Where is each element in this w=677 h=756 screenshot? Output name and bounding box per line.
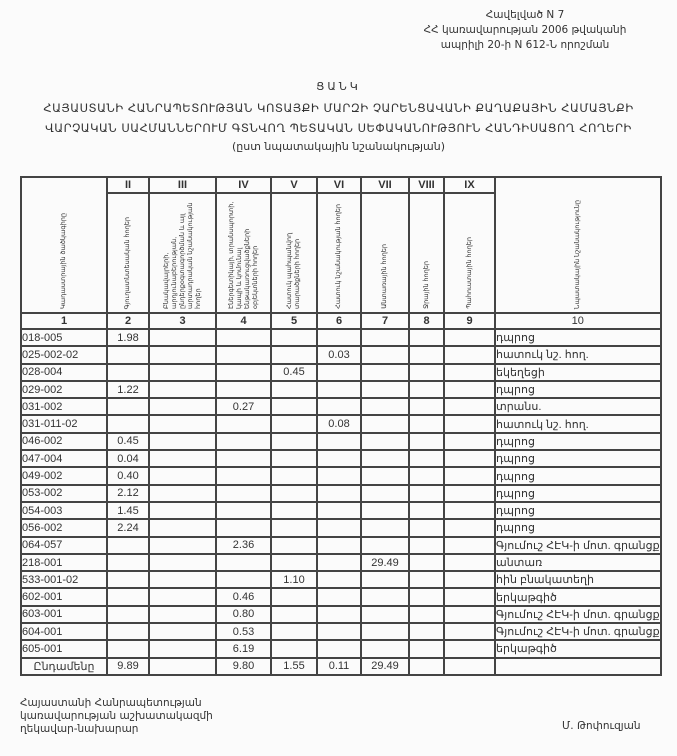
- area-cell-c7: 29.49: [361, 554, 409, 571]
- area-cell-c2: 2.12: [107, 485, 149, 502]
- signatory-title: Հայաստանի Հանրապետության կառավարության ա…: [20, 697, 213, 736]
- purpose-cell: դպրոց: [495, 329, 661, 346]
- area-cell-c2: [107, 415, 149, 432]
- area-cell-c9: [444, 485, 495, 502]
- area-cell-c8: [409, 502, 444, 519]
- table-row: 056-0022.24դպրոց: [21, 519, 661, 536]
- table-row: 605-0016.19երկաթգիծ: [21, 640, 661, 657]
- table-row: 604-0010.53Գյումուշ ՀԷԿ-ի մոտ. գրանցք: [21, 623, 661, 640]
- area-cell-c9: [444, 433, 495, 450]
- column-number: 1: [21, 313, 107, 329]
- area-cell-c5: [271, 467, 317, 484]
- area-cell-c4: [216, 329, 271, 346]
- area-cell-c6: [317, 588, 361, 605]
- area-cell-c5: [271, 485, 317, 502]
- area-cell-c7: [361, 398, 409, 415]
- area-cell-c4: [216, 364, 271, 381]
- table-row: 049-0020.40դպրոց: [21, 467, 661, 484]
- signatory-title-line-1: Հայաստանի Հանրապետության: [20, 697, 213, 710]
- area-cell-c5: [271, 433, 317, 450]
- area-cell-c7: [361, 346, 409, 363]
- area-cell-c5: [271, 502, 317, 519]
- area-cell-c3: [149, 588, 216, 605]
- cadastral-code-cell: 047-004: [21, 450, 107, 467]
- area-cell-c2: [107, 623, 149, 640]
- area-cell-c3: [149, 415, 216, 432]
- table-row: 031-011-020.08հատուկ նշ. հող.: [21, 415, 661, 432]
- area-cell-c9: [444, 623, 495, 640]
- area-cell-c4: [216, 467, 271, 484]
- area-cell-c4: [216, 346, 271, 363]
- header-forest: Անտառային հողեր: [361, 193, 409, 313]
- area-cell-c7: [361, 381, 409, 398]
- area-cell-c3: [149, 571, 216, 588]
- area-cell-c3: [149, 537, 216, 554]
- area-cell-c6: [317, 537, 361, 554]
- cadastral-code-cell: 025-002-02: [21, 346, 107, 363]
- area-cell-c6: [317, 606, 361, 623]
- area-cell-c8: [409, 450, 444, 467]
- area-cell-c2: [107, 640, 149, 657]
- area-cell-c8: [409, 485, 444, 502]
- signatory-title-line-3: ղեկավար-նախարար: [20, 723, 213, 736]
- area-cell-c2: 2.24: [107, 519, 149, 536]
- area-cell-c3: [149, 554, 216, 571]
- area-cell-c9: [444, 467, 495, 484]
- total-cell-c6: 0.11: [317, 658, 361, 675]
- total-cell-c2: 9.89: [107, 658, 149, 675]
- column-number-row: 1 2 3 4 5 6 7 8 9 10: [21, 313, 661, 329]
- area-cell-c8: [409, 346, 444, 363]
- area-cell-c5: [271, 588, 317, 605]
- area-cell-c8: [409, 537, 444, 554]
- area-cell-c6: [317, 329, 361, 346]
- annex-reference: Հավելված N 7 ՀՀ կառավարության 2006 թվակա…: [400, 8, 650, 53]
- area-cell-c7: [361, 450, 409, 467]
- total-cell-c8: [409, 658, 444, 675]
- header-reserve: Պահուստային հողեր: [444, 193, 495, 313]
- column-number: 6: [317, 313, 361, 329]
- area-cell-c2: [107, 537, 149, 554]
- area-cell-c4: [216, 450, 271, 467]
- area-cell-c6: [317, 502, 361, 519]
- area-cell-c4: [216, 415, 271, 432]
- area-cell-c8: [409, 571, 444, 588]
- header-energy-transport: Էներգետիկայի, տրանսպորտի, կապի և կոմունա…: [216, 193, 271, 313]
- area-cell-c6: [317, 433, 361, 450]
- area-cell-c4: 6.19: [216, 640, 271, 657]
- purpose-cell: դպրոց: [495, 485, 661, 502]
- area-cell-c7: [361, 606, 409, 623]
- purpose-cell: հին բնակատեղի: [495, 571, 661, 588]
- area-cell-c8: [409, 433, 444, 450]
- header-purpose: Նպատակային նշանակությունը: [495, 177, 661, 313]
- area-cell-c9: [444, 381, 495, 398]
- table-row: 053-0022.12դպրոց: [21, 485, 661, 502]
- header-protected-areas: Հատուկ պահպանվող տարածքների հողեր: [271, 193, 317, 313]
- area-cell-c2: [107, 346, 149, 363]
- purpose-cell: դպրոց: [495, 450, 661, 467]
- area-cell-c5: [271, 415, 317, 432]
- area-cell-c5: [271, 329, 317, 346]
- purpose-cell: երկաթգիծ: [495, 640, 661, 657]
- area-cell-c9: [444, 554, 495, 571]
- roman-ix: IX: [444, 177, 495, 193]
- area-cell-c2: [107, 554, 149, 571]
- cadastral-code-cell: 604-001: [21, 623, 107, 640]
- annex-number: Հավելված N 7: [400, 8, 650, 23]
- area-cell-c4: [216, 519, 271, 536]
- area-cell-c5: 0.45: [271, 364, 317, 381]
- total-cell-c5: 1.55: [271, 658, 317, 675]
- cadastral-code-cell: 056-002: [21, 519, 107, 536]
- table-row: 031-0020.27տրանս.: [21, 398, 661, 415]
- land-table: Կադաստրային ծածկագիրը II III IV V VI VII…: [20, 176, 662, 676]
- area-cell-c5: [271, 623, 317, 640]
- area-cell-c9: [444, 537, 495, 554]
- area-cell-c2: 1.45: [107, 502, 149, 519]
- header-agricultural: Գյուղատնտեսական հողեր: [107, 193, 149, 313]
- table-row: 218-00129.49անտառ: [21, 554, 661, 571]
- table-row: 064-0572.36Գյումուշ ՀԷԿ-ի մոտ. գրանցք: [21, 537, 661, 554]
- area-cell-c6: [317, 640, 361, 657]
- area-cell-c3: [149, 364, 216, 381]
- table-row: 046-0020.45դպրոց: [21, 433, 661, 450]
- area-cell-c8: [409, 415, 444, 432]
- table-row: 018-0051.98դպրոց: [21, 329, 661, 346]
- document-heading: ՑԱՆԿ: [0, 80, 677, 93]
- cadastral-code-cell: 053-002: [21, 485, 107, 502]
- area-cell-c2: [107, 364, 149, 381]
- purpose-cell: երկաթգիծ: [495, 588, 661, 605]
- area-cell-c2: [107, 606, 149, 623]
- area-cell-c3: [149, 519, 216, 536]
- area-cell-c3: [149, 329, 216, 346]
- area-cell-c9: [444, 502, 495, 519]
- area-cell-c3: [149, 346, 216, 363]
- area-cell-c7: [361, 502, 409, 519]
- cadastral-code-cell: 218-001: [21, 554, 107, 571]
- area-cell-c4: 2.36: [216, 537, 271, 554]
- area-cell-c3: [149, 433, 216, 450]
- area-cell-c2: 1.98: [107, 329, 149, 346]
- cadastral-code-cell: 605-001: [21, 640, 107, 657]
- area-cell-c9: [444, 606, 495, 623]
- column-number: 7: [361, 313, 409, 329]
- area-cell-c9: [444, 450, 495, 467]
- purpose-cell: Գյումուշ ՀԷԿ-ի մոտ. գրանցք: [495, 537, 661, 554]
- total-label: Ընդամենը: [21, 658, 107, 675]
- area-cell-c8: [409, 467, 444, 484]
- total-cell-c4: 9.80: [216, 658, 271, 675]
- area-cell-c2: [107, 588, 149, 605]
- area-cell-c6: [317, 623, 361, 640]
- column-number: 3: [149, 313, 216, 329]
- area-cell-c9: [444, 519, 495, 536]
- header-settlements-industrial: Բնակավայրերի, արդյունաբերության, ընդերքօ…: [149, 193, 216, 313]
- total-cell-c9: [444, 658, 495, 675]
- area-cell-c8: [409, 398, 444, 415]
- area-cell-c7: [361, 485, 409, 502]
- roman-iv: IV: [216, 177, 271, 193]
- area-cell-c5: [271, 519, 317, 536]
- area-cell-c4: [216, 433, 271, 450]
- area-cell-c8: [409, 329, 444, 346]
- roman-vii: VII: [361, 177, 409, 193]
- area-cell-c4: 0.27: [216, 398, 271, 415]
- area-cell-c5: [271, 640, 317, 657]
- area-cell-c2: 0.45: [107, 433, 149, 450]
- cadastral-code-cell: 029-002: [21, 381, 107, 398]
- column-number: 2: [107, 313, 149, 329]
- cadastral-code-cell: 031-011-02: [21, 415, 107, 432]
- area-cell-c3: [149, 606, 216, 623]
- area-cell-c7: [361, 640, 409, 657]
- table-row: 533-001-021.10հին բնակատեղի: [21, 571, 661, 588]
- purpose-cell: դպրոց: [495, 502, 661, 519]
- area-cell-c7: [361, 519, 409, 536]
- area-cell-c6: [317, 485, 361, 502]
- table-row: 029-0021.22դպրոց: [21, 381, 661, 398]
- area-cell-c7: [361, 467, 409, 484]
- header-water: Ջրային հողեր: [409, 193, 444, 313]
- area-cell-c9: [444, 398, 495, 415]
- purpose-cell: անտառ: [495, 554, 661, 571]
- area-cell-c4: 0.53: [216, 623, 271, 640]
- cadastral-code-cell: 064-057: [21, 537, 107, 554]
- cadastral-code-cell: 028-004: [21, 364, 107, 381]
- area-cell-c8: [409, 381, 444, 398]
- annex-date: ապրիլի 20-ի N 612-Ն որոշման: [400, 38, 650, 53]
- area-cell-c6: [317, 364, 361, 381]
- area-cell-c6: [317, 381, 361, 398]
- column-number: 5: [271, 313, 317, 329]
- total-cell-c7: 29.49: [361, 658, 409, 675]
- roman-iii: III: [149, 177, 216, 193]
- area-cell-c5: [271, 398, 317, 415]
- area-cell-c2: [107, 398, 149, 415]
- area-cell-c3: [149, 398, 216, 415]
- cadastral-code-cell: 049-002: [21, 467, 107, 484]
- column-number: 4: [216, 313, 271, 329]
- signatory-title-line-2: կառավարության աշխատակազմի: [20, 710, 213, 723]
- roman-header-row: Կադաստրային ծածկագիրը II III IV V VI VII…: [21, 177, 661, 193]
- purpose-cell: տրանս.: [495, 398, 661, 415]
- area-cell-c5: [271, 346, 317, 363]
- cadastral-code-cell: 603-001: [21, 606, 107, 623]
- purpose-cell: Գյումուշ ՀԷԿ-ի մոտ. գրանցք: [495, 606, 661, 623]
- area-cell-c4: [216, 502, 271, 519]
- annex-decree: ՀՀ կառավարության 2006 թվականի: [400, 23, 650, 38]
- table-row: 603-0010.80Գյումուշ ՀԷԿ-ի մոտ. գրանցք: [21, 606, 661, 623]
- header-special-purpose: Հատուկ նշանակության հողեր: [317, 193, 361, 313]
- area-cell-c9: [444, 364, 495, 381]
- area-cell-c6: 0.08: [317, 415, 361, 432]
- table-row: 025-002-020.03հատուկ նշ. հող.: [21, 346, 661, 363]
- header-cadastral-code: Կադաստրային ծածկագիրը: [21, 177, 107, 313]
- roman-vi: VI: [317, 177, 361, 193]
- area-cell-c8: [409, 554, 444, 571]
- area-cell-c2: 0.04: [107, 450, 149, 467]
- area-cell-c2: 0.40: [107, 467, 149, 484]
- area-cell-c5: [271, 554, 317, 571]
- column-number: 8: [409, 313, 444, 329]
- signatory-name: Մ. Թոփուզյան: [562, 720, 641, 732]
- area-cell-c7: [361, 433, 409, 450]
- area-cell-c3: [149, 502, 216, 519]
- cadastral-code-cell: 533-001-02: [21, 571, 107, 588]
- area-cell-c3: [149, 381, 216, 398]
- roman-viii: VIII: [409, 177, 444, 193]
- total-row: Ընդամենը9.899.801.550.1129.49: [21, 658, 661, 675]
- cadastral-code-cell: 602-001: [21, 588, 107, 605]
- area-cell-c2: [107, 571, 149, 588]
- purpose-cell: դպրոց: [495, 381, 661, 398]
- purpose-cell: դպրոց: [495, 519, 661, 536]
- area-cell-c9: [444, 415, 495, 432]
- purpose-cell: եկեղեցի: [495, 364, 661, 381]
- area-cell-c4: 0.46: [216, 588, 271, 605]
- area-cell-c4: [216, 485, 271, 502]
- area-cell-c6: [317, 450, 361, 467]
- area-cell-c5: 1.10: [271, 571, 317, 588]
- cadastral-code-cell: 054-003: [21, 502, 107, 519]
- table-row: 602-0010.46երկաթգիծ: [21, 588, 661, 605]
- area-cell-c5: [271, 450, 317, 467]
- document-title-line-1: ՀԱՅԱՍՏԱՆԻ ՀԱՆՐԱՊԵՏՈՒԹՅԱՆ ԿՈՏԱՅՔԻ ՄԱՐԶԻ Չ…: [0, 101, 677, 115]
- area-cell-c9: [444, 346, 495, 363]
- area-cell-c7: [361, 329, 409, 346]
- column-number: 9: [444, 313, 495, 329]
- cadastral-code-cell: 018-005: [21, 329, 107, 346]
- area-cell-c8: [409, 606, 444, 623]
- area-cell-c5: [271, 606, 317, 623]
- column-number: 10: [495, 313, 661, 329]
- area-cell-c6: [317, 519, 361, 536]
- purpose-cell: դպրոց: [495, 467, 661, 484]
- purpose-cell: հատուկ նշ. հող.: [495, 346, 661, 363]
- area-cell-c9: [444, 571, 495, 588]
- document-title-line-2: ՎԱՐՉԱԿԱՆ ՍԱՀՄԱՆՆԵՐՈՒՄ ԳՏՆՎՈՂ ՊԵՏԱԿԱՆ ՍԵՓ…: [0, 121, 677, 135]
- area-cell-c3: [149, 640, 216, 657]
- area-cell-c3: [149, 450, 216, 467]
- area-cell-c9: [444, 588, 495, 605]
- area-cell-c6: [317, 398, 361, 415]
- table-row: 054-0031.45դպրոց: [21, 502, 661, 519]
- area-cell-c3: [149, 623, 216, 640]
- area-cell-c3: [149, 467, 216, 484]
- total-cell-c3: [149, 658, 216, 675]
- cadastral-code-cell: 031-002: [21, 398, 107, 415]
- area-cell-c8: [409, 588, 444, 605]
- roman-v: V: [271, 177, 317, 193]
- area-cell-c9: [444, 329, 495, 346]
- area-cell-c6: 0.03: [317, 346, 361, 363]
- cadastral-code-cell: 046-002: [21, 433, 107, 450]
- area-cell-c7: [361, 588, 409, 605]
- purpose-cell: հատուկ նշ. հող.: [495, 415, 661, 432]
- area-cell-c6: [317, 467, 361, 484]
- area-cell-c6: [317, 554, 361, 571]
- total-purpose-cell: [495, 658, 661, 675]
- area-cell-c4: [216, 554, 271, 571]
- area-cell-c4: 0.80: [216, 606, 271, 623]
- roman-ii: II: [107, 177, 149, 193]
- area-cell-c8: [409, 519, 444, 536]
- area-cell-c9: [444, 640, 495, 657]
- area-cell-c4: [216, 571, 271, 588]
- area-cell-c7: [361, 364, 409, 381]
- area-cell-c8: [409, 364, 444, 381]
- area-cell-c7: [361, 415, 409, 432]
- area-cell-c5: [271, 537, 317, 554]
- area-cell-c6: [317, 571, 361, 588]
- area-cell-c2: 1.22: [107, 381, 149, 398]
- table-row: 028-0040.45եկեղեցի: [21, 364, 661, 381]
- area-cell-c4: [216, 381, 271, 398]
- area-cell-c7: [361, 571, 409, 588]
- document-subtitle: (ըստ նպատակային նշանակության): [0, 140, 677, 153]
- purpose-cell: Գյումուշ ՀԷԿ-ի մոտ. գրանցք: [495, 623, 661, 640]
- area-cell-c7: [361, 623, 409, 640]
- area-cell-c8: [409, 623, 444, 640]
- area-cell-c7: [361, 537, 409, 554]
- area-cell-c5: [271, 381, 317, 398]
- area-cell-c3: [149, 485, 216, 502]
- table-row: 047-0040.04դպրոց: [21, 450, 661, 467]
- purpose-cell: դպրոց: [495, 433, 661, 450]
- area-cell-c8: [409, 640, 444, 657]
